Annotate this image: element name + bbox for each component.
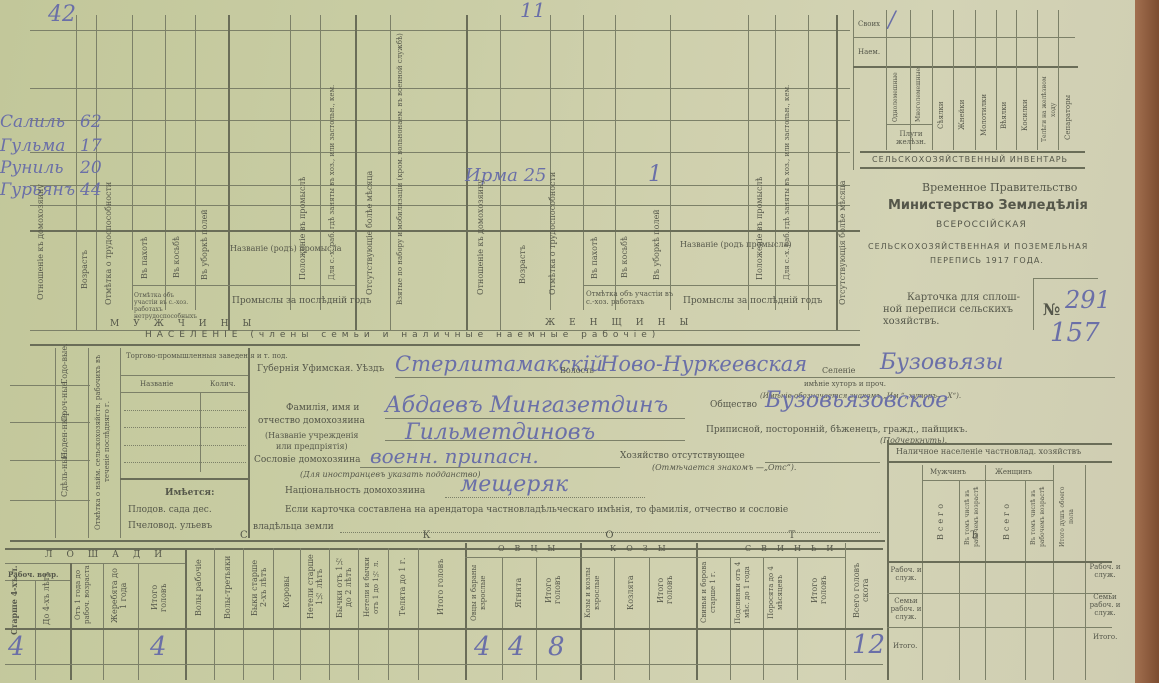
mid-entry-2: 1 [648, 162, 662, 187]
table-surface-edge [1135, 0, 1159, 683]
ministry-name: Министерство Земледѣлія [888, 198, 1088, 213]
women-label: ЖЕНЩИНЫ [545, 318, 702, 328]
private-pop-title: Наличное населеніе частновлад. хозяйствъ [896, 447, 1081, 456]
card-number: 291 [1065, 286, 1111, 314]
government-name: Временное Правительство [922, 181, 1077, 194]
nationality-value: мещеряк [460, 472, 568, 497]
horses-total-value: 4 [150, 632, 167, 662]
horses-over4-value: 4 [8, 632, 25, 662]
sheep-adult-value: 4 [474, 632, 491, 662]
population-title: НАСЕЛЕНІЕ (члены семьи и наличные наемны… [145, 330, 660, 340]
owner-patronymic-value: Гильметдиновъ [405, 420, 595, 445]
top-left-number: 42 [48, 2, 76, 27]
census-card: 42 11 Ирма 25 1 Салиль 62 Гульма 17 Руни… [0, 0, 1138, 683]
livestock-section: СКОТЪ [240, 530, 1138, 541]
inventory-title: СЕЛЬСКОХОЗЯЙСТВЕННЫЙ ИНВЕНТАРЬ [872, 155, 1068, 164]
sheep-total-value: 8 [548, 632, 565, 662]
men-label: МУЖЧИНЫ [110, 319, 265, 329]
lambs-value: 4 [508, 632, 525, 662]
society-value: Бузовьязовское [765, 388, 948, 413]
volost-value: Ново-Нуркеевская [600, 352, 807, 376]
card-extra-number: 157 [1050, 318, 1100, 348]
owner-name-value: Абдаевъ Мингазетдинъ [385, 393, 668, 418]
top-mid-number: 11 [520, 0, 545, 22]
registration-options: Приписной, посторонній, бѣженецъ, гражд.… [706, 425, 968, 435]
all-livestock-total-value: 12 [852, 630, 885, 660]
estate-value: военн. припасн. [370, 444, 539, 468]
village-value: Бузовьязы [880, 350, 1003, 375]
